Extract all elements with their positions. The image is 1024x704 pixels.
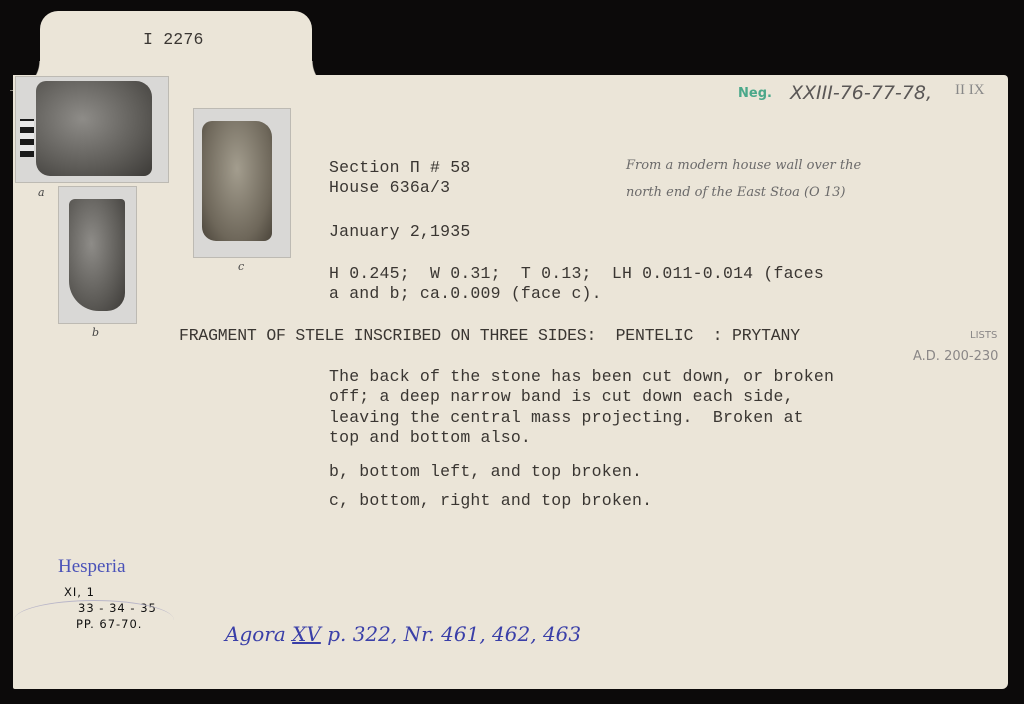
house-number: House 636a/3 bbox=[329, 178, 450, 197]
description-line3: leaving the central mass projecting. Bro… bbox=[329, 408, 804, 427]
agora-volume: XV bbox=[292, 622, 321, 646]
description-line1: The back of the stone has been cut down,… bbox=[329, 367, 834, 386]
hesperia-pages: PP. 67-70. bbox=[76, 617, 142, 631]
stone-fragment-image bbox=[69, 199, 125, 311]
registry-numbers: XXIII-76-77-78, bbox=[790, 82, 932, 104]
agora-rest: p. 322, Nr. 461, 462, 463 bbox=[327, 622, 581, 646]
negative-stamp: Neg. bbox=[738, 86, 772, 101]
object-title: FRAGMENT OF STELE INSCRIBED ON THREE SID… bbox=[179, 326, 800, 345]
stone-fragment-image bbox=[202, 121, 272, 241]
stone-fragment-image bbox=[36, 81, 152, 176]
hesperia-volume: XI, 1 bbox=[64, 585, 95, 599]
description-line4: top and bottom also. bbox=[329, 428, 531, 447]
findspot-note-line1: From a modern house wall over the bbox=[626, 158, 861, 173]
catalog-number: I 2276 bbox=[143, 30, 204, 49]
scale-bar-icon bbox=[20, 119, 34, 157]
description-line2: off; a deep narrow band is cut down each… bbox=[329, 387, 794, 406]
section-number: Section Π # 58 bbox=[329, 158, 470, 177]
excavation-date: January 2,1935 bbox=[329, 222, 470, 241]
dimensions-line1: H 0.245; W 0.31; T 0.13; LH 0.011-0.014 … bbox=[329, 264, 824, 283]
photo-label-c: c bbox=[238, 260, 244, 273]
dimensions-line2: a and b; ca.0.009 (face c). bbox=[329, 284, 602, 303]
hesperia-stamp: Hesperia bbox=[58, 556, 126, 578]
title-pencil-suffix: LISTS bbox=[970, 330, 997, 341]
agora-prefix: Agora bbox=[225, 622, 286, 646]
findspot-note-line2: north end of the East Stoa (O 13) bbox=[626, 185, 845, 200]
photo-face-a[interactable] bbox=[15, 76, 169, 183]
photo-face-c[interactable] bbox=[193, 108, 291, 258]
date-range-pencil: A.D. 200-230 bbox=[913, 349, 998, 364]
note-face-c: c, bottom, right and top broken. bbox=[329, 491, 652, 510]
photo-face-b[interactable] bbox=[58, 186, 137, 324]
roman-numerals: II IX bbox=[955, 82, 985, 99]
photo-label-b: b bbox=[92, 326, 99, 339]
photo-label-a: a bbox=[38, 186, 45, 199]
agora-reference: Agora XV p. 322, Nr. 461, 462, 463 bbox=[225, 622, 581, 646]
note-face-b: b, bottom left, and top broken. bbox=[329, 462, 642, 481]
